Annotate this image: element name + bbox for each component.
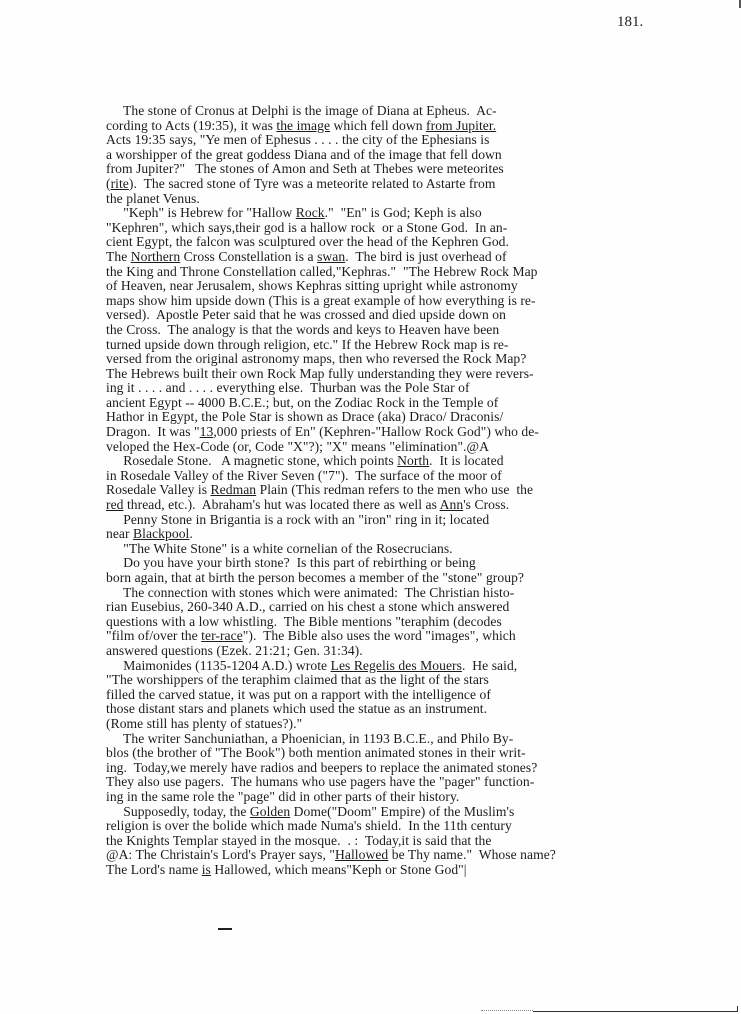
text-segment: Do you have your birth stone? Is this pa… (106, 555, 476, 570)
text-segment: questions with a low whistling. The Bibl… (106, 614, 502, 629)
text-segment: the Knights Templar stayed in the mosque… (106, 833, 491, 848)
underlined-text: Northern (131, 249, 180, 264)
underlined-text: ter-race (201, 628, 243, 643)
text-line: born again, that at birth the person bec… (106, 571, 706, 586)
text-line: ing. Today,we merely have radios and bee… (106, 761, 706, 776)
text-line: (Rome still has plenty of statues?)." (106, 717, 706, 732)
text-line: Penny Stone in Brigantia is a rock with … (106, 513, 706, 528)
text-segment: those distant stars and planets which us… (106, 701, 487, 716)
text-line: from Jupiter?" The stones of Amon and Se… (106, 162, 706, 177)
underlined-text: 13 (200, 424, 214, 439)
text-segment: . It is located (429, 453, 503, 468)
text-segment: maps show him upside down (This is a gre… (106, 293, 536, 308)
text-line: cording to Acts (19:35), it was the imag… (106, 119, 706, 134)
underlined-text: swan (317, 249, 345, 264)
underlined-text: Rock (296, 205, 325, 220)
text-line: Do you have your birth stone? Is this pa… (106, 556, 706, 571)
text-segment: Penny Stone in Brigantia is a rock with … (106, 512, 489, 527)
text-segment: answered questions (Ezek. 21:21; Gen. 31… (106, 643, 363, 658)
text-segment: Hallowed, which means"Keph or Stone God"… (211, 862, 467, 877)
text-segment: filled the carved statue, it was put on … (106, 687, 491, 702)
underlined-text: Blackpool (133, 526, 189, 541)
text-segment: Rosedale Valley is (106, 482, 211, 497)
text-line: "The White Stone" is a white cornelian o… (106, 542, 706, 557)
text-line: versed). Apostle Peter said that he was … (106, 308, 706, 323)
text-line: the planet Venus. (106, 192, 706, 207)
text-segment: cient Egypt, the falcon was sculptured o… (106, 234, 509, 249)
text-segment: in Rosedale Valley of the River Seven ("… (106, 468, 502, 483)
text-line: Dragon. It was "13,000 priests of En" (K… (106, 425, 706, 440)
text-segment: be Thy name." Whose name? (388, 847, 556, 862)
text-line: Rosedale Stone. A magnetic stone, which … (106, 454, 706, 469)
text-segment: They also use pagers. The humans who use… (106, 774, 534, 789)
text-segment: religion is over the bolide which made N… (106, 818, 512, 833)
text-line: veloped the Hex-Code (or, Code "X"?); "X… (106, 440, 706, 455)
text-segment: near (106, 526, 133, 541)
text-segment: thread, etc.). Abraham's hut was located… (124, 497, 440, 512)
text-segment: a worshipper of the great goddess Diana … (106, 147, 502, 162)
body-text: The stone of Cronus at Delphi is the ima… (106, 104, 706, 877)
text-segment: ing it . . . . and . . . . everything el… (106, 380, 470, 395)
text-line: "The worshippers of the teraphim claimed… (106, 673, 706, 688)
text-segment: The writer Sanchuniathan, a Phoenician, … (106, 731, 513, 746)
text-segment: from Jupiter?" The stones of Amon and Se… (106, 161, 504, 176)
text-segment: Plain (This redman refers to the men who… (256, 482, 533, 497)
text-line: the Cross. The analogy is that the words… (106, 323, 706, 338)
text-segment: . (189, 526, 192, 541)
text-line: Supposedly, today, the Golden Dome("Doom… (106, 805, 706, 820)
text-line: "film of/over the ter-race"). The Bible … (106, 629, 706, 644)
underlined-text: Ann (440, 497, 464, 512)
text-line: ing in the same role the "page" did in o… (106, 790, 706, 805)
text-segment: which fell down (330, 118, 426, 133)
text-line: the King and Throne Constellation called… (106, 265, 706, 280)
text-segment: blos (the brother of "The Book") both me… (106, 745, 526, 760)
text-line: turned upside down through religion, etc… (106, 338, 706, 353)
text-line: The stone of Cronus at Delphi is the ima… (106, 104, 706, 119)
text-line: a worshipper of the great goddess Diana … (106, 148, 706, 163)
text-line: The Hebrews built their own Rock Map ful… (106, 367, 706, 382)
text-segment: Acts 19:35 says, "Ye men of Ephesus . . … (106, 132, 489, 147)
text-segment: versed). Apostle Peter said that he was … (106, 307, 506, 322)
text-segment: versed from the original astronomy maps,… (106, 351, 526, 366)
text-segment: ." "En" is God; Keph is also (325, 205, 482, 220)
text-segment: Dragon. It was " (106, 424, 200, 439)
text-segment: "Kephren", which says,their god is a hal… (106, 220, 507, 235)
stray-mark (218, 928, 232, 930)
footer-rule (533, 1011, 738, 1012)
text-line: near Blackpool. (106, 527, 706, 542)
underlined-text: red (106, 497, 124, 512)
text-segment: cording to Acts (19:35), it was (106, 118, 276, 133)
text-segment: (Rome still has plenty of statues?)." (106, 716, 302, 731)
text-segment: The Hebrews built their own Rock Map ful… (106, 366, 534, 381)
text-segment: "). The Bible also uses the word "images… (243, 628, 516, 643)
text-segment: ancient Egypt -- 4000 B.C.E.; but, on th… (106, 395, 498, 410)
text-line: of Heaven, near Jerusalem, shows Kephras… (106, 279, 706, 294)
text-line: The Northern Cross Constellation is a sw… (106, 250, 706, 265)
text-line: religion is over the bolide which made N… (106, 819, 706, 834)
text-line: filled the carved statue, it was put on … (106, 688, 706, 703)
text-segment: The (106, 249, 131, 264)
text-segment: "The White Stone" is a white cornelian o… (106, 541, 453, 556)
footer-rule-end (737, 1006, 738, 1012)
text-line: "Keph" is Hebrew for "Hallow Rock." "En"… (106, 206, 706, 221)
text-segment: rian Eusebius, 260-340 A.D., carried on … (106, 599, 509, 614)
text-line: Maimonides (1135-1204 A.D.) wrote Les Re… (106, 659, 706, 674)
text-line: ancient Egypt -- 4000 B.C.E.; but, on th… (106, 396, 706, 411)
text-segment: The stone of Cronus at Delphi is the ima… (106, 103, 497, 118)
text-segment: turned upside down through religion, etc… (106, 337, 509, 352)
text-segment: Supposedly, today, the (106, 804, 250, 819)
text-segment: ,000 priests of En" (Kephren-"Hallow Roc… (213, 424, 539, 439)
underlined-text: Golden (250, 804, 290, 819)
text-line: (rite). The sacred stone of Tyre was a m… (106, 177, 706, 192)
text-segment: . He said, (462, 658, 517, 673)
text-line: in Rosedale Valley of the River Seven ("… (106, 469, 706, 484)
text-segment: . The bird is just overhead of (345, 249, 506, 264)
text-segment: of Heaven, near Jerusalem, shows Kephras… (106, 278, 518, 293)
text-segment: Cross Constellation is a (180, 249, 317, 264)
text-line: ing it . . . . and . . . . everything el… (106, 381, 706, 396)
text-line: The writer Sanchuniathan, a Phoenician, … (106, 732, 706, 747)
underlined-text: Hallowed (335, 847, 388, 862)
underlined-text: from Jupiter. (426, 118, 496, 133)
text-segment: ing. Today,we merely have radios and bee… (106, 760, 537, 775)
text-segment: 's Cross. (463, 497, 509, 512)
text-segment: the Cross. The analogy is that the words… (106, 322, 499, 337)
text-line: cient Egypt, the falcon was sculptured o… (106, 235, 706, 250)
text-segment: the King and Throne Constellation called… (106, 264, 538, 279)
text-segment: ing in the same role the "page" did in o… (106, 789, 459, 804)
text-line: answered questions (Ezek. 21:21; Gen. 31… (106, 644, 706, 659)
text-segment: Dome("Doom" Empire) of the Muslim's (290, 804, 514, 819)
text-line: maps show him upside down (This is a gre… (106, 294, 706, 309)
text-segment: Maimonides (1135-1204 A.D.) wrote (106, 658, 331, 673)
text-line: The Lord's name is Hallowed, which means… (106, 863, 706, 878)
underlined-text: is (202, 862, 211, 877)
text-segment: @A: The Christain's Lord's Prayer says, … (106, 847, 335, 862)
text-line: red thread, etc.). Abraham's hut was loc… (106, 498, 706, 513)
document-page: 181. The stone of Cronus at Delphi is th… (0, 0, 741, 1014)
text-segment: The Lord's name (106, 862, 202, 877)
text-line: versed from the original astronomy maps,… (106, 352, 706, 367)
text-line: blos (the brother of "The Book") both me… (106, 746, 706, 761)
text-line: "Kephren", which says,their god is a hal… (106, 221, 706, 236)
footer-dotted-rule (481, 1010, 533, 1012)
text-segment: "Keph" is Hebrew for "Hallow (106, 205, 296, 220)
text-line: Hathor in Egypt, the Pole Star is shown … (106, 410, 706, 425)
text-line: The connection with stones which were an… (106, 586, 706, 601)
underlined-text: Les Regelis des Mouers (331, 658, 462, 673)
text-line: @A: The Christain's Lord's Prayer says, … (106, 848, 706, 863)
text-segment: The connection with stones which were an… (106, 585, 514, 600)
page-number: 181. (617, 14, 643, 31)
text-line: Acts 19:35 says, "Ye men of Ephesus . . … (106, 133, 706, 148)
text-segment: "film of/over the (106, 628, 201, 643)
text-line: They also use pagers. The humans who use… (106, 775, 706, 790)
text-segment: born again, that at birth the person bec… (106, 570, 524, 585)
text-segment: Rosedale Stone. A magnetic stone, which … (106, 453, 397, 468)
text-line: questions with a low whistling. The Bibl… (106, 615, 706, 630)
text-segment: veloped the Hex-Code (or, Code "X"?); "X… (106, 439, 489, 454)
underlined-text: Redman (211, 482, 257, 497)
text-segment: "The worshippers of the teraphim claimed… (106, 672, 489, 687)
text-line: those distant stars and planets which us… (106, 702, 706, 717)
underlined-text: the image (276, 118, 330, 133)
underlined-text: North (397, 453, 429, 468)
text-segment: ). The sacred stone of Tyre was a meteor… (129, 176, 496, 191)
text-line: rian Eusebius, 260-340 A.D., carried on … (106, 600, 706, 615)
underlined-text: rite (111, 176, 129, 191)
text-line: the Knights Templar stayed in the mosque… (106, 834, 706, 849)
text-segment: the planet Venus. (106, 191, 200, 206)
text-segment: Hathor in Egypt, the Pole Star is shown … (106, 409, 503, 424)
text-line: Rosedale Valley is Redman Plain (This re… (106, 483, 706, 498)
